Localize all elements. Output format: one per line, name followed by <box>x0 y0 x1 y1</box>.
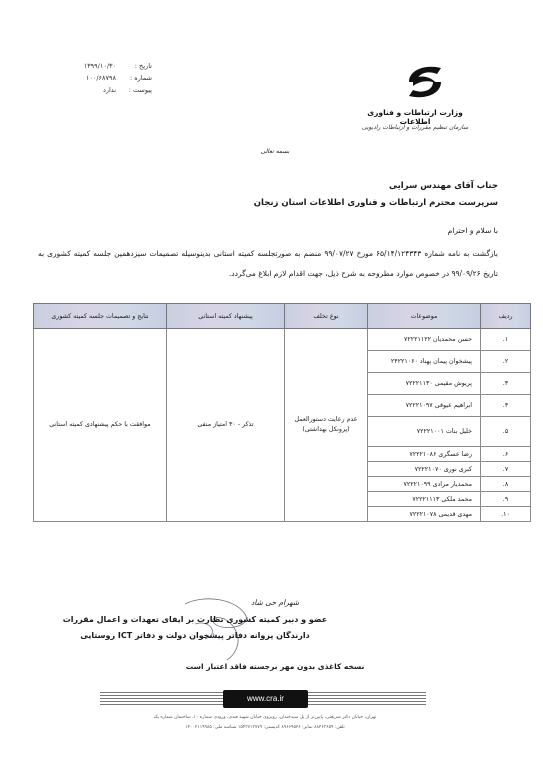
basmala: بسمه تعالی <box>255 148 295 155</box>
header-provincial-proposal: پیشنهاد کمیته استانی <box>167 304 285 329</box>
row-subject: مهدی قدیمی ۷۲۲۲۱۰۷۸ <box>368 507 481 522</box>
banner-stripes-right <box>306 692 426 706</box>
signer-title: عضو و دبیر کمیته کشوری نظارت بر ایفای تع… <box>50 612 340 644</box>
row-index: ۴. <box>481 395 531 417</box>
row-subject: ابراهیم عیوقی ۷۲۲۲۱۰۹۷ <box>368 395 481 417</box>
row-subject: پریوش مقیمی ۷۲۲۲۱۱۳۰ <box>368 373 481 395</box>
violation-type-cell: عدم رعایت دستورالعمل (پرونکل بهداشتی) <box>285 329 368 522</box>
contacts-line: تلفن: ۸۸۴۶۳۶۵۹ نمابر: ۸۹۶۶۹۵۲۶ کدپستی: ۱… <box>150 723 380 733</box>
row-index: ۱. <box>481 329 531 351</box>
row-index: ۳. <box>481 373 531 395</box>
cra-logo-icon <box>395 62 455 102</box>
row-index: ۲. <box>481 351 531 373</box>
date-value: ۱۳۹۹/۱۰/۳۰ <box>84 60 116 72</box>
number-row: شماره : ۱۰۰/۶۸۷۹۸ <box>52 72 152 84</box>
signer-title-line-2: دارندگان پروانه دفاتر پیشخوان دولت و دفا… <box>50 628 340 644</box>
header-national-decision: نتایج و تصمیمات جلسه کمیته کشوری <box>34 304 167 329</box>
row-subject: خلیل بنات ۷۲۲۲۱۰۰۱ <box>368 417 481 447</box>
address-line: تهران، خیابان دکتر شریعتی، پایین‌تر از پ… <box>150 713 380 723</box>
date-row: تاریخ : ۱۳۹۹/۱۰/۳۰ <box>52 60 152 72</box>
header-violation-type: نوع تخلف <box>285 304 368 329</box>
row-index: ۷. <box>481 462 531 477</box>
number-label: شماره : <box>122 72 152 84</box>
signer-name: شهرام حی شاد <box>225 598 325 607</box>
header-subject: موضوعات <box>368 304 481 329</box>
row-subject: حسن محمدیان ۷۲۲۲۱۱۲۲ <box>368 329 481 351</box>
footer-address: تهران، خیابان دکتر شریعتی، پایین‌تر از پ… <box>150 713 380 733</box>
addressee-line-1: جناب آقای مهندس سرایی <box>118 178 498 195</box>
validity-notice: نسخه کاغذی بدون مهر برجسته فاقد اعتبار ا… <box>180 662 370 671</box>
row-index: ۹. <box>481 492 531 507</box>
attachment-label: پیوست : <box>122 84 152 96</box>
decisions-table: ردیف موضوعات نوع تخلف پیشنهاد کمیته استا… <box>33 303 531 522</box>
addressee-line-2: سرپرست محترم ارتباطات و فناوری اطلاعات ا… <box>118 195 498 212</box>
table-header-row: ردیف موضوعات نوع تخلف پیشنهاد کمیته استا… <box>34 304 531 329</box>
date-label: تاریخ : <box>122 60 152 72</box>
row-index: ۸. <box>481 477 531 492</box>
footer-banner: www.cra.ir <box>100 690 426 708</box>
number-value: ۱۰۰/۶۸۷۹۸ <box>86 72 116 84</box>
row-subject: محمدیار مرادی ۷۲۲۲۱۰۹۹ <box>368 477 481 492</box>
banner-stripes-left <box>100 692 224 706</box>
row-subject: پیشخوان پیمان پهناد ۲۴۲۲۱۰۶۰ <box>368 351 481 373</box>
addressee: جناب آقای مهندس سرایی سرپرست محترم ارتبا… <box>118 178 498 212</box>
row-subject: رضا عسگری ۷۲۲۲۱۰۸۶ <box>368 447 481 462</box>
row-index: ۵. <box>481 417 531 447</box>
signer-title-line-1: عضو و دبیر کمیته کشوری نظارت بر ایفای تع… <box>50 612 340 628</box>
organization-name: سازمان تنظیم مقررات و ارتباطات رادیویی <box>360 124 470 131</box>
website-link[interactable]: www.cra.ir <box>223 690 308 708</box>
row-index: ۶. <box>481 447 531 462</box>
row-index: ۱۰. <box>481 507 531 522</box>
body-paragraph: بازگشت به نامه شماره ۶۵/۱۴/۱۲۴۳۴۳ مورخ ۹… <box>38 244 498 284</box>
header-index: ردیف <box>481 304 531 329</box>
provincial-proposal-cell: تذکر - ۳۰ امتیاز منفی <box>167 329 285 522</box>
table-row: ۱. حسن محمدیان ۷۲۲۲۱۱۲۲ عدم رعایت دستورا… <box>34 329 531 351</box>
greeting: با سلام و احترام <box>98 226 498 235</box>
national-decision-cell: موافقت با حکم پیشنهادی کمیته استانی <box>34 329 167 522</box>
attachment-row: پیوست : ندارد <box>52 84 152 96</box>
attachment-value: ندارد <box>103 84 116 96</box>
row-subject: محمد ملکی ۷۲۲۲۱۱۱۳ <box>368 492 481 507</box>
row-subject: کبری نوری ۷۲۲۲۱۰۷۰ <box>368 462 481 477</box>
letter-meta: تاریخ : ۱۳۹۹/۱۰/۳۰ شماره : ۱۰۰/۶۸۷۹۸ پیو… <box>52 60 152 96</box>
